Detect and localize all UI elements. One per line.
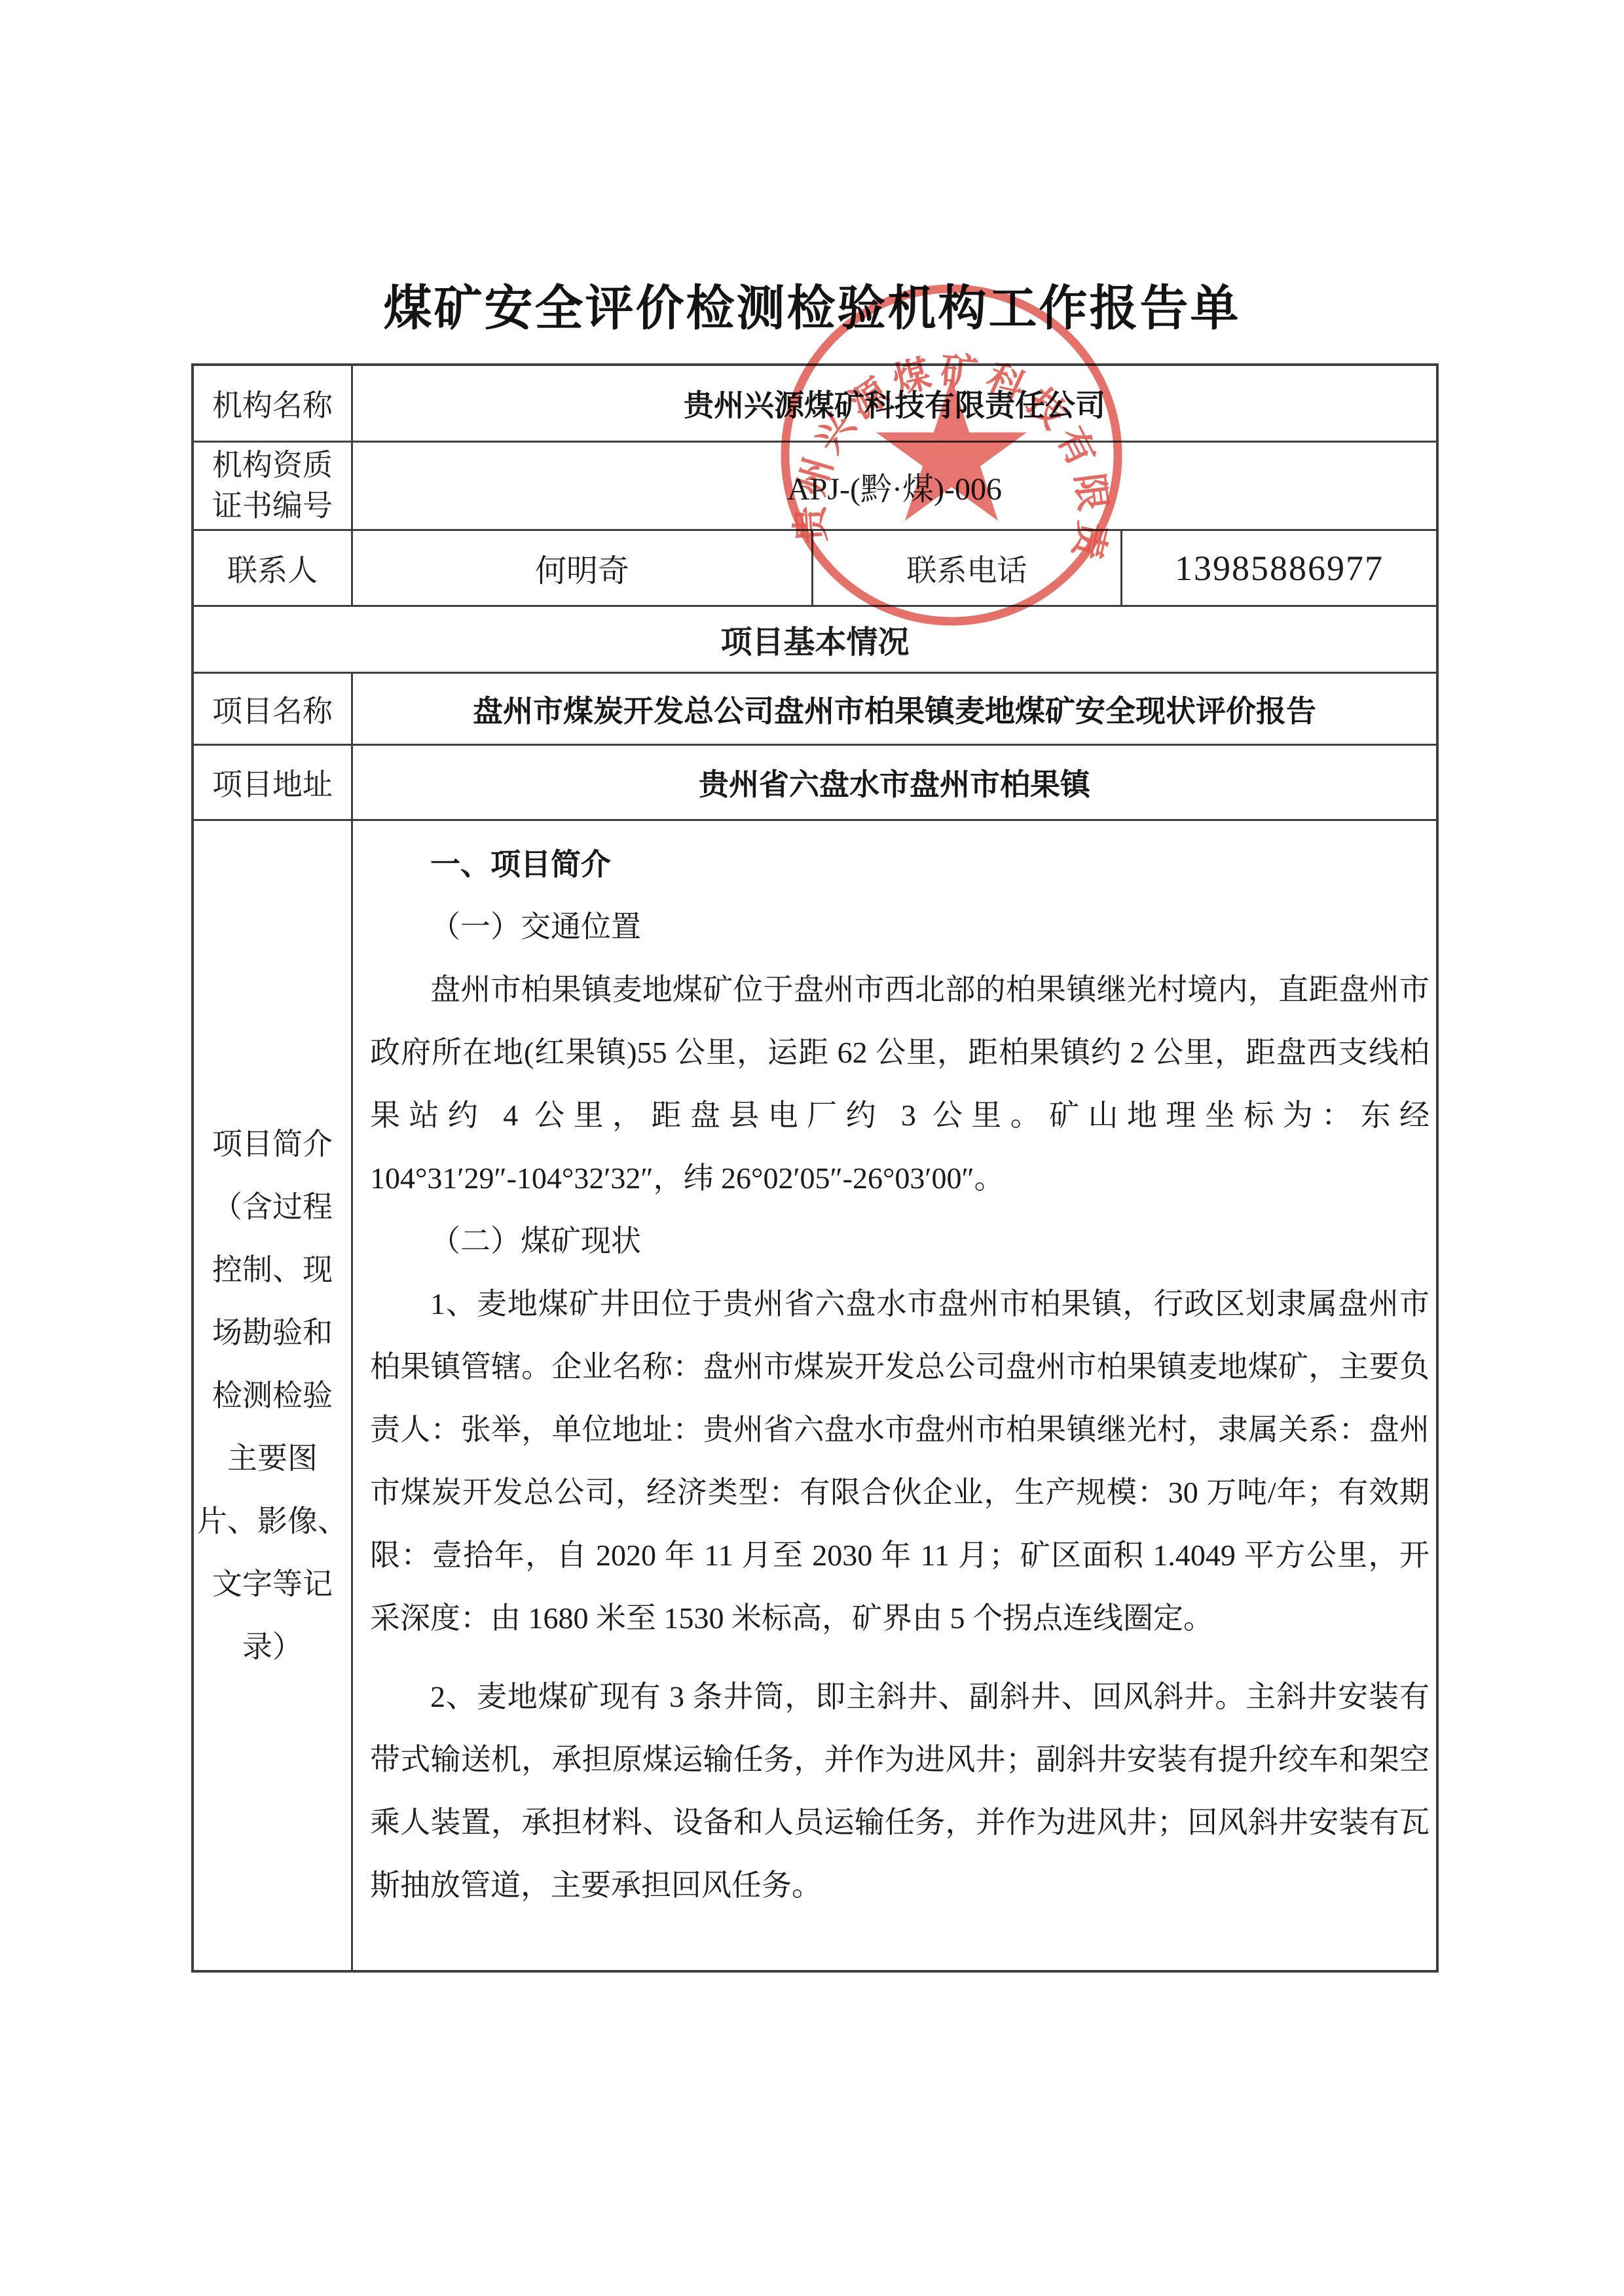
- project-intro-label-line: 片、影像、: [197, 1490, 348, 1553]
- project-address-label: 项目地址: [194, 746, 353, 821]
- intro-paragraph: 盘州市柏果镇麦地煤矿位于盘州市西北部的柏果镇继光村境内，直距盘州市政府所在地(红…: [370, 958, 1430, 1210]
- project-intro-label-line: 主要图: [227, 1427, 318, 1490]
- cert-no-value: APJ-(黔·煤)-006: [353, 443, 1436, 531]
- org-name-label: 机构名称: [194, 366, 353, 443]
- project-name-value: 盘州市煤炭开发总公司盘州市柏果镇麦地煤矿安全现状评价报告: [353, 674, 1436, 746]
- project-intro-label-line: 文字等记: [212, 1553, 333, 1616]
- project-intro-label: 项目简介（含过程控制、现场勘验和检测检验主要图片、影像、文字等记录）: [194, 821, 353, 1970]
- section-header-basic-info: 项目基本情况: [194, 607, 1436, 674]
- cert-no-label-line: 证书编号: [212, 486, 333, 526]
- project-intro-label-line: 控制、现: [212, 1239, 333, 1302]
- cert-no-label: 机构资质证书编号: [194, 443, 353, 531]
- contact-person-label: 联系人: [194, 531, 353, 607]
- project-intro-content: 一、项目简介（一）交通位置盘州市柏果镇麦地煤矿位于盘州市西北部的柏果镇继光村境内…: [353, 821, 1436, 1970]
- page-title: 煤矿安全评价检测检验机构工作报告单: [0, 270, 1624, 339]
- report-table: 机构名称 贵州兴源煤矿科技有限责任公司 机构资质证书编号 APJ-(黔·煤)-0…: [191, 363, 1439, 1973]
- contact-phone-value: 13985886977: [1122, 531, 1436, 607]
- project-intro-label-line: 项目简介: [212, 1113, 333, 1176]
- project-name-label: 项目名称: [194, 674, 353, 746]
- contact-phone-label: 联系电话: [813, 531, 1122, 607]
- intro-paragraph: （一）交通位置: [370, 896, 1430, 958]
- intro-paragraph: （二）煤矿现状: [370, 1210, 1430, 1273]
- org-name-value: 贵州兴源煤矿科技有限责任公司: [353, 366, 1436, 443]
- intro-paragraph: 2、麦地煤矿现有 3 条井筒，即主斜井、副斜井、回风斜井。主斜井安装有带式输送机…: [370, 1666, 1430, 1917]
- scanned-report-page: 煤矿安全评价检测检验机构工作报告单 机构名称 贵州兴源煤矿科技有限责任公司 机构…: [0, 0, 1624, 2296]
- project-intro-label-line: 录）: [242, 1616, 303, 1679]
- project-intro-label-line: 场勘验和: [212, 1302, 333, 1364]
- project-address-value: 贵州省六盘水市盘州市柏果镇: [353, 746, 1436, 821]
- intro-paragraph: 1、麦地煤矿井田位于贵州省六盘水市盘州市柏果镇，行政区划隶属盘州市柏果镇管辖。企…: [370, 1273, 1430, 1650]
- project-intro-label-line: 检测检验: [212, 1364, 333, 1427]
- intro-paragraph: 一、项目简介: [370, 833, 1430, 896]
- project-intro-label-line: （含过程: [212, 1176, 333, 1239]
- cert-no-label-line: 机构资质: [212, 445, 333, 486]
- contact-person-value: 何明奇: [353, 531, 813, 607]
